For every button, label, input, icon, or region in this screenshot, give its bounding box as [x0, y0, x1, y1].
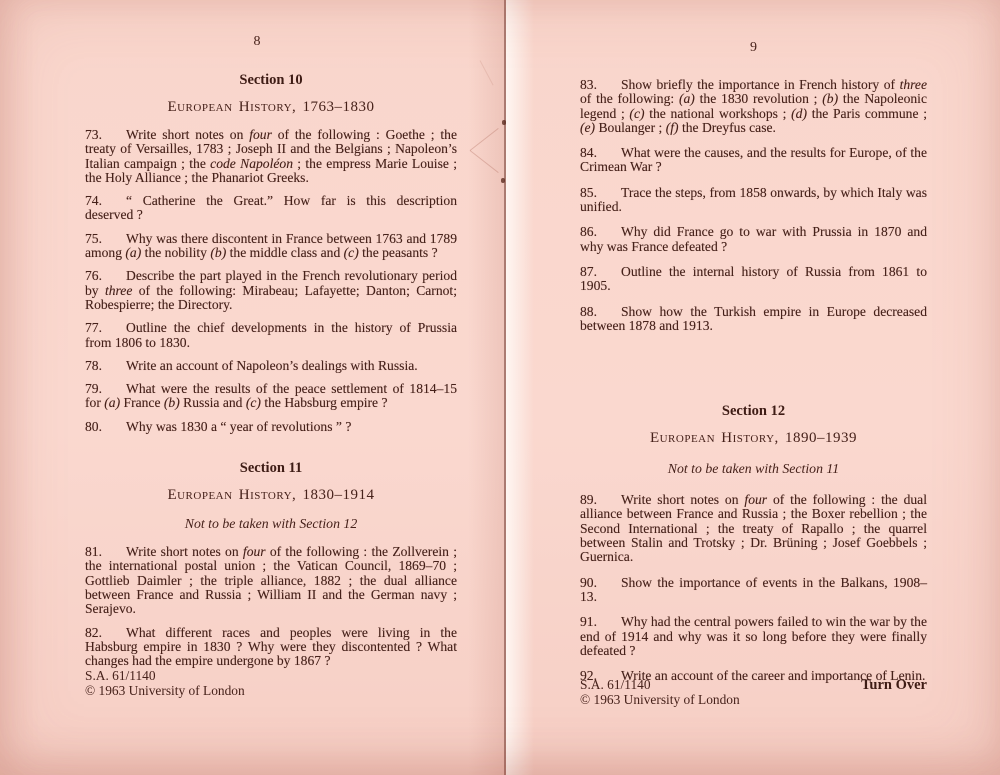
question-79: 79.What were the results of the peace se…	[85, 382, 457, 411]
question-number: 78.	[85, 359, 110, 373]
exam-paper-scan: 8 Section 10European History, 1763–18307…	[0, 0, 1000, 775]
question-number: 85.	[580, 186, 605, 200]
section-note: Not to be taken with Section 11	[580, 461, 927, 477]
section-title: Section 11	[85, 460, 457, 477]
question-number: 76.	[85, 269, 110, 283]
page-8-column: 8 Section 10European History, 1763–18307…	[85, 34, 457, 677]
question-number: 82.	[85, 626, 110, 640]
question-number: 80.	[85, 420, 110, 434]
staple-bottom	[501, 178, 505, 183]
copyright-line: © 1963 University of London	[85, 683, 457, 698]
staple-top	[502, 120, 506, 125]
question-91: 91.Why had the central powers failed to …	[580, 615, 927, 658]
question-90: 90.Show the importance of events in the …	[580, 576, 927, 605]
question-78: 78.Write an account of Napoleon’s dealin…	[85, 359, 457, 373]
question-number: 81.	[85, 545, 110, 559]
spine-fold-line	[504, 0, 506, 775]
section-note: Not to be taken with Section 12	[85, 516, 457, 532]
question-83: 83.Show briefly the importance in French…	[580, 78, 927, 135]
section-subheading: European History, 1830–1914	[85, 487, 457, 504]
spine-fold-shadow	[468, 0, 504, 775]
question-number: 84.	[580, 146, 605, 160]
question-87: 87.Outline the internal history of Russi…	[580, 265, 927, 294]
section-title: Section 12	[580, 403, 927, 420]
question-86: 86.Why did France go to war with Prussia…	[580, 225, 927, 254]
page-9-content: 83.Show briefly the importance in French…	[580, 78, 927, 683]
question-77: 77.Outline the chief developments in the…	[85, 321, 457, 350]
question-89: 89.Write short notes on four of the foll…	[580, 493, 927, 564]
question-number: 90.	[580, 576, 605, 590]
page-9-column: 9 83.Show briefly the importance in Fren…	[580, 40, 927, 694]
question-88: 88.Show how the Turkish empire in Europe…	[580, 305, 927, 334]
question-number: 89.	[580, 493, 605, 507]
question-80: 80.Why was 1830 a “ year of revolutions …	[85, 420, 457, 434]
copyright-line: © 1963 University of London	[580, 692, 927, 707]
footer-right: S.A. 61/1140 © 1963 University of London…	[580, 677, 927, 707]
section-title: Section 10	[85, 72, 457, 89]
turn-over-label: Turn Over	[861, 678, 927, 693]
question-82: 82.What different races and peoples were…	[85, 626, 457, 669]
question-number: 77.	[85, 321, 110, 335]
page-8-content: Section 10European History, 1763–183073.…	[85, 72, 457, 668]
question-number: 88.	[580, 305, 605, 319]
footer-left: S.A. 61/1140 © 1963 University of London	[85, 668, 457, 698]
question-85: 85.Trace the steps, from 1858 onwards, b…	[580, 186, 927, 215]
question-number: 91.	[580, 615, 605, 629]
question-75: 75.Why was there discontent in France be…	[85, 232, 457, 261]
spine-fold-highlight	[506, 0, 534, 775]
paper-reference: S.A. 61/1140	[85, 668, 457, 683]
question-81: 81.Write short notes on four of the foll…	[85, 545, 457, 616]
section-subheading: European History, 1763–1830	[85, 99, 457, 116]
question-number: 83.	[580, 78, 605, 92]
question-number: 74.	[85, 194, 110, 208]
page-number-right: 9	[580, 40, 927, 56]
question-73: 73.Write short notes on four of the foll…	[85, 128, 457, 185]
question-number: 73.	[85, 128, 110, 142]
question-number: 87.	[580, 265, 605, 279]
section-subheading: European History, 1890–1939	[580, 430, 927, 447]
page-number-left: 8	[71, 34, 443, 50]
question-84: 84.What were the causes, and the results…	[580, 146, 927, 175]
question-number: 75.	[85, 232, 110, 246]
question-number: 86.	[580, 225, 605, 239]
question-76: 76.Describe the part played in the Frenc…	[85, 269, 457, 312]
question-number: 79.	[85, 382, 110, 396]
question-74: 74.“ Catherine the Great.” How far is th…	[85, 194, 457, 223]
